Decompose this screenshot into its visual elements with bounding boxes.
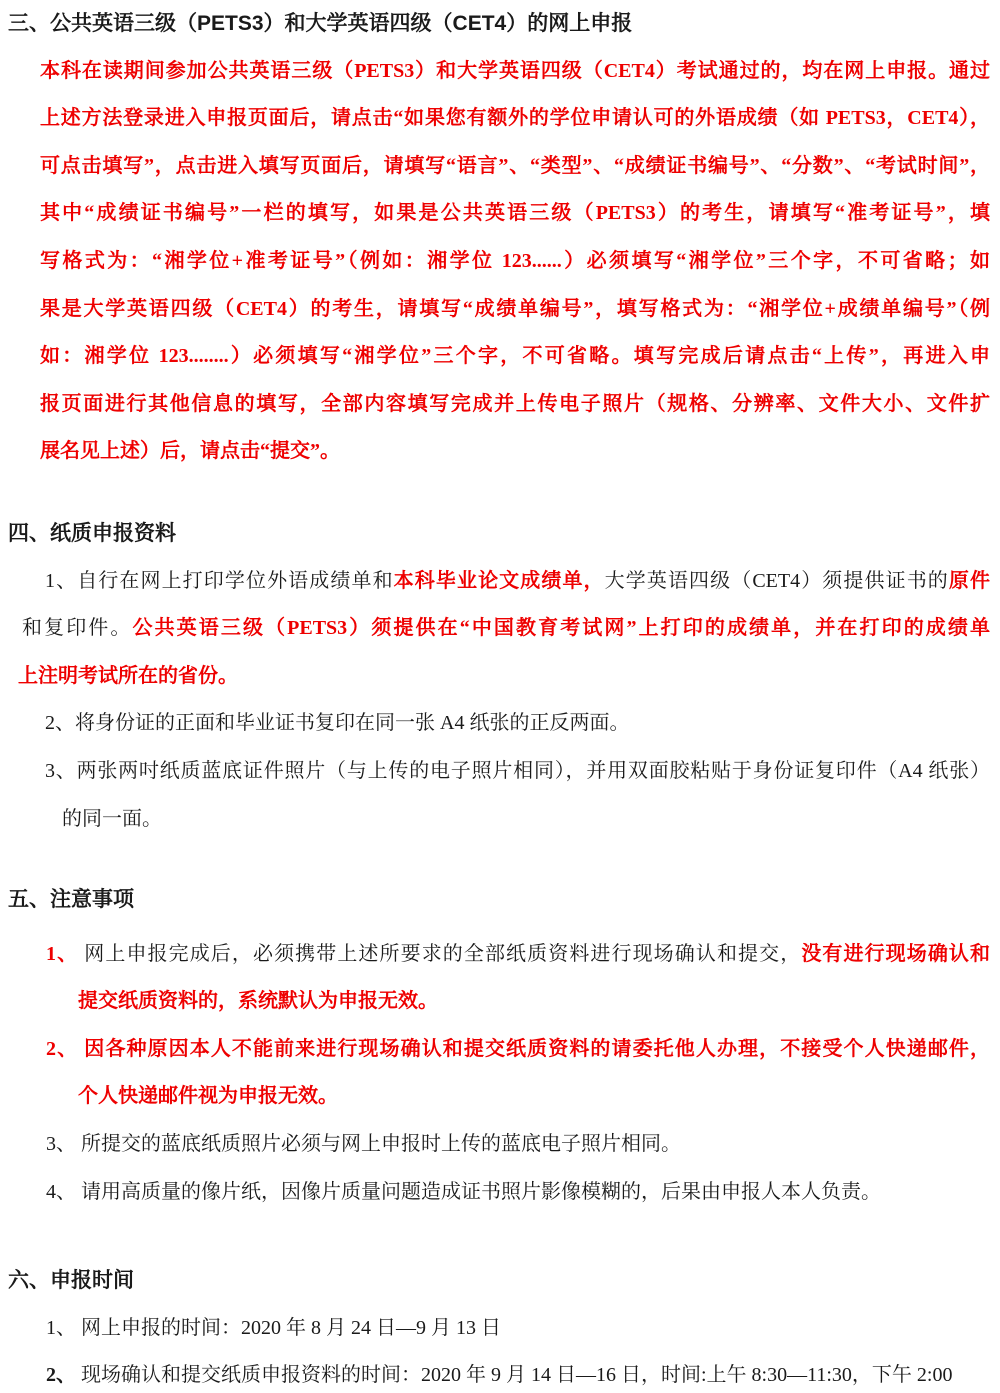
text-segment: 1、 — [46, 943, 78, 965]
text-line: 可点击填写”，点击进入填写页面后，请填写“语言”、“类型”、“成绩证书编号”、“… — [0, 143, 1000, 191]
text-segment: 六、申报时间 — [8, 1269, 134, 1292]
text-line: 展名见上述）后，请点击“提交”。 — [0, 428, 1000, 476]
text-segment: 3、 所提交的蓝底纸质照片必须与网上申报时上传的蓝底电子照片相同。 — [46, 1133, 681, 1155]
text-line: 如：湘学位 123........）必须填写“湘学位”三个字，不可省略。填写完成… — [0, 333, 1000, 381]
text-segment: 报页面进行其他信息的填写，全部内容填写完成并上传电子照片（规格、分辨率、文件大小… — [40, 393, 990, 415]
text-segment: 4、 请用高质量的像片纸，因像片质量问题造成证书照片影像模糊的，后果由申报人本人… — [46, 1181, 881, 1203]
text-segment: 五、注意事项 — [8, 888, 134, 911]
text-line: 报页面进行其他信息的填写，全部内容填写完成并上传电子照片（规格、分辨率、文件大小… — [0, 381, 1000, 429]
text-line: 和复印件。公共英语三级（PETS3）须提供在“中国教育考试网”上打印的成绩单，并… — [0, 605, 1000, 653]
text-segment: 写格式为：“湘学位+准考证号”（例如：湘学位 123......）必须填写“湘学… — [40, 250, 990, 272]
text-segment: 大学英语四级（CET4）须提供证书的 — [605, 570, 949, 592]
text-line: 2、 因各种原因本人不能前来进行现场确认和提交纸质资料的请委托他人办理，不接受个… — [0, 1026, 1000, 1074]
text-segment: 1、 网上申报的时间：2020 年 8 月 24 日—9 月 13 日 — [46, 1317, 501, 1339]
text-segment: 个人快递邮件视为申报无效。 — [78, 1085, 338, 1107]
text-segment: 本科毕业论文成绩单， — [394, 570, 605, 592]
text-line: 写格式为：“湘学位+准考证号”（例如：湘学位 123......）必须填写“湘学… — [0, 238, 1000, 286]
text-segment: 因各种原因本人不能前来进行现场确认和提交纸质资料的请委托他人办理，不接受个人快递… — [78, 1038, 990, 1060]
text-segment: 三、公共英语三级（PETS3）和大学英语四级（CET4）的网上申报 — [8, 12, 632, 35]
text-line: 提交纸质资料的，系统默认为申报无效。 — [0, 978, 1000, 1026]
text-segment: 可点击填写”，点击进入填写页面后，请填写“语言”、“类型”、“成绩证书编号”、“… — [40, 155, 990, 177]
text-segment: 如：湘学位 123........）必须填写“湘学位”三个字，不可省略。填写完成… — [40, 345, 990, 367]
text-line: 上述方法登录进入申报页面后，请点击“如果您有额外的学位申请认可的外语成绩（如 P… — [0, 95, 1000, 143]
text-segment: 四、纸质申报资料 — [8, 522, 176, 545]
text-line: 3、两张两吋纸质蓝底证件照片（与上传的电子照片相同），并用双面胶粘贴于身份证复印… — [0, 748, 1000, 796]
text-segment: 2、 — [46, 1364, 76, 1386]
text-segment: 2、将身份证的正面和毕业证书复印在同一张 A4 纸张的正反两面。 — [45, 712, 629, 734]
document-page: 三、公共英语三级（PETS3）和大学英语四级（CET4）的网上申报本科在读期间参… — [0, 0, 1000, 1393]
section-heading: 六、申报时间 — [0, 1257, 1000, 1305]
text-segment: 上述方法登录进入申报页面后，请点击“如果您有额外的学位申请认可的外语成绩（如 P… — [40, 107, 990, 129]
text-segment: 没有进行现场确认和 — [801, 943, 990, 965]
section-heading: 四、纸质申报资料 — [0, 510, 1000, 558]
text-segment: 2、 — [46, 1038, 78, 1060]
text-segment: 其中“成绩证书编号”一栏的填写，如果是公共英语三级（PETS3）的考生，请填写“… — [40, 202, 990, 224]
text-line: 个人快递邮件视为申报无效。 — [0, 1073, 1000, 1121]
section-heading: 五、注意事项 — [0, 876, 1000, 924]
text-segment: 的同一面。 — [62, 808, 162, 830]
text-line: 上注明考试所在的省份。 — [0, 653, 1000, 701]
section-heading: 三、公共英语三级（PETS3）和大学英语四级（CET4）的网上申报 — [0, 0, 1000, 48]
text-segment: 提交纸质资料的，系统默认为申报无效。 — [78, 990, 438, 1012]
text-segment: 现场确认和提交纸质申报资料的时间：2020 年 9 月 14 日—16 日，时间… — [76, 1364, 952, 1386]
text-segment: 原件 — [949, 570, 990, 592]
text-line: 1、 网上申报的时间：2020 年 8 月 24 日—9 月 13 日 — [0, 1305, 1000, 1353]
text-line: 本科在读期间参加公共英语三级（PETS3）和大学英语四级（CET4）考试通过的，… — [0, 48, 1000, 96]
text-segment: 1、自行在网上打印学位外语成绩单和 — [45, 570, 394, 592]
text-line: 果是大学英语四级（CET4）的考生，请填写“成绩单编号”，填写格式为：“湘学位+… — [0, 286, 1000, 334]
text-segment: 和复印件。 — [22, 617, 132, 639]
text-segment: 果是大学英语四级（CET4）的考生，请填写“成绩单编号”，填写格式为：“湘学位+… — [40, 298, 990, 320]
text-line: 其中“成绩证书编号”一栏的填写，如果是公共英语三级（PETS3）的考生，请填写“… — [0, 190, 1000, 238]
text-segment: 公共英语三级（PETS3）须提供在“中国教育考试网”上打印的成绩单，并在打印的成… — [132, 617, 990, 639]
text-segment: 网上申报完成后，必须携带上述所要求的全部纸质资料进行现场确认和提交， — [78, 943, 801, 965]
text-segment: 3、两张两吋纸质蓝底证件照片（与上传的电子照片相同），并用双面胶粘贴于身份证复印… — [45, 760, 990, 782]
text-line: 的同一面。 — [0, 796, 1000, 844]
text-segment: 本科在读期间参加公共英语三级（PETS3）和大学英语四级（CET4）考试通过的，… — [40, 60, 990, 82]
text-segment: 展名见上述）后，请点击“提交”。 — [40, 440, 340, 462]
text-line: 1、 网上申报完成后，必须携带上述所要求的全部纸质资料进行现场确认和提交，没有进… — [0, 931, 1000, 979]
text-line: 2、将身份证的正面和毕业证书复印在同一张 A4 纸张的正反两面。 — [0, 700, 1000, 748]
text-line: 2、 现场确认和提交纸质申报资料的时间：2020 年 9 月 14 日—16 日… — [0, 1352, 1000, 1393]
text-line: 4、 请用高质量的像片纸，因像片质量问题造成证书照片影像模糊的，后果由申报人本人… — [0, 1169, 1000, 1217]
text-line: 1、自行在网上打印学位外语成绩单和本科毕业论文成绩单，大学英语四级（CET4）须… — [0, 558, 1000, 606]
text-line: 3、 所提交的蓝底纸质照片必须与网上申报时上传的蓝底电子照片相同。 — [0, 1121, 1000, 1169]
text-segment: 上注明考试所在的省份。 — [18, 665, 238, 687]
